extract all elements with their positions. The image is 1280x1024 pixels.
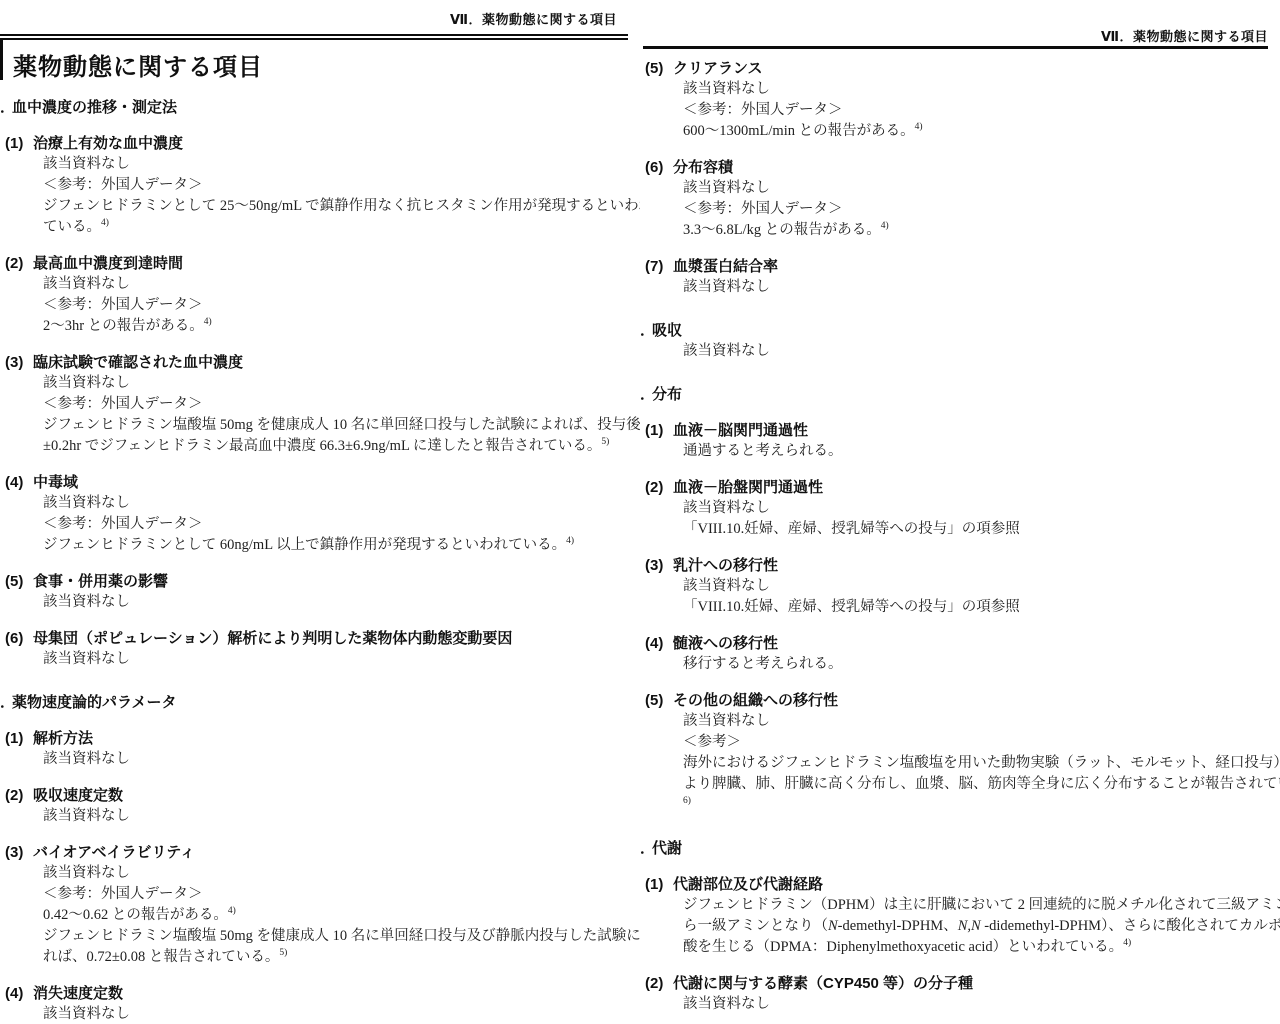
body-line: 該当資料なし <box>43 649 640 670</box>
item-body: 該当資料なし＜参考：外国人データ＞ジフェンヒドラミンとして 25〜50ng/mL… <box>0 154 640 238</box>
superscript-reference: 4) <box>228 906 236 916</box>
section-number: ． <box>640 838 652 859</box>
item-heading: (4)髄液への移行性 <box>640 633 1280 654</box>
section-number: ． <box>0 97 12 118</box>
text-segment: ＜参考：外国人データ＞ <box>43 516 203 532</box>
item-label: 吸収速度定数 <box>33 785 123 806</box>
text-segment: 該当資料なし <box>683 279 770 295</box>
item-heading: (3)乳汁への移行性 <box>640 555 1280 576</box>
item-heading: (2)血液－胎盤関門通過性 <box>640 477 1280 498</box>
body-line: 移行すると考えられる。 <box>683 654 1280 675</box>
text-segment: 「VIII.10.妊婦、産婦、授乳婦等への投与」の項参照 <box>683 521 1020 537</box>
item-label: 分布容積 <box>673 157 733 178</box>
item: (3)乳汁への移行性該当資料なし「VIII.10.妊婦、産婦、授乳婦等への投与」… <box>640 555 1280 618</box>
item-number: (1) <box>645 874 673 895</box>
item-body: 該当資料なし＜参考：外国人データ＞2〜3hr との報告がある。4) <box>0 274 640 337</box>
section-number: ． <box>640 320 652 341</box>
body-line: 「VIII.10.妊婦、産婦、授乳婦等への投与」の項参照 <box>683 597 1280 618</box>
text-segment: 該当資料なし <box>43 156 130 172</box>
document-page-right: Ⅶ．薬物動態に関する項目 (5)クリアランス該当資料なし＜参考：外国人データ＞6… <box>640 0 1280 1024</box>
item-label: 血液－脳関門通過性 <box>673 420 808 441</box>
title-box-border <box>0 39 3 80</box>
text-segment: ＜参考＞ <box>683 734 741 750</box>
item-label: バイオアベイラビリティ <box>33 842 195 863</box>
item: (1)解析方法該当資料なし <box>0 728 640 770</box>
item: (2)吸収速度定数該当資料なし <box>0 785 640 827</box>
item-heading: (6)母集団（ポピュレーション）解析により判明した薬物体内動態変動要因 <box>0 628 640 649</box>
text-segment: ＜参考：外国人データ＞ <box>43 396 203 412</box>
body-line: 該当資料なし <box>43 373 640 394</box>
body-line: ＜参考：外国人データ＞ <box>43 884 640 905</box>
body-line: 2〜3hr との報告がある。4) <box>43 316 640 337</box>
text-segment: ジフェンヒドラミン塩酸塩 50mg を健康成人 10 名に単回経口投与及び静脈内… <box>43 928 640 944</box>
document-page-left: Ⅶ．薬物動態に関する項目 薬物動態に関する項目 ．血中濃度の推移・測定法(1)治… <box>0 0 640 1024</box>
item-heading: (5)食事・併用薬の影響 <box>0 571 640 592</box>
body-line: 600〜1300mL/min との報告がある。4) <box>683 121 1280 142</box>
body-line: 該当資料なし <box>43 749 640 770</box>
item-heading: (4)消失速度定数 <box>0 983 640 1004</box>
body-line: 該当資料なし <box>683 498 1280 519</box>
page-content: ．血中濃度の推移・測定法(1)治療上有効な血中濃度該当資料なし＜参考：外国人デー… <box>0 97 640 1024</box>
body-line: ジフェンヒドラミンとして 60ng/mL 以上で鎮静作用が発現するといわれている… <box>43 535 640 556</box>
running-header: Ⅶ．薬物動態に関する項目 <box>450 9 617 28</box>
body-line: ら一級アミンとなり（N-demethyl-DPHM、N,N -didemethy… <box>683 916 1280 937</box>
item-body: 該当資料なし <box>0 806 640 827</box>
superscript-reference: 4) <box>915 122 923 132</box>
item-number: (1) <box>5 728 33 749</box>
text-segment: 通過すると考えられる。 <box>683 443 843 459</box>
item-heading: (1)解析方法 <box>0 728 640 749</box>
section-label: 吸収 <box>652 320 682 341</box>
text-segment: 該当資料なし <box>683 578 770 594</box>
text-segment: ジフェンヒドラミン（DPHM）は主に肝臓において 2 回連続的に脱メチル化されて… <box>683 897 1280 913</box>
item-label: 消失速度定数 <box>33 983 123 1004</box>
item-label: 代謝に関与する酵素（CYP450 等）の分子種 <box>673 973 973 994</box>
body-line: 通過すると考えられる。 <box>683 441 1280 462</box>
item-number: (2) <box>5 253 33 274</box>
running-header: Ⅶ．薬物動態に関する項目 <box>1101 26 1268 45</box>
text-segment: 600〜1300mL/min との報告がある。 <box>683 123 915 139</box>
item: (1)代謝部位及び代謝経路ジフェンヒドラミン（DPHM）は主に肝臓において 2 … <box>640 874 1280 958</box>
section-heading: ．血中濃度の推移・測定法 <box>0 97 640 118</box>
item-body: 該当資料なし <box>640 277 1280 298</box>
item-body: 該当資料なし「VIII.10.妊婦、産婦、授乳婦等への投与」の項参照 <box>640 498 1280 540</box>
body-line: ＜参考：外国人データ＞ <box>43 514 640 535</box>
item: (5)クリアランス該当資料なし＜参考：外国人データ＞600〜1300mL/min… <box>640 58 1280 142</box>
item-heading: (4)中毒域 <box>0 472 640 493</box>
item: (2)代謝に関与する酵素（CYP450 等）の分子種該当資料なし <box>640 973 1280 1015</box>
item-label: 食事・併用薬の影響 <box>33 571 168 592</box>
item-body: 該当資料なし <box>640 994 1280 1015</box>
item-heading: (5)クリアランス <box>640 58 1280 79</box>
item-body: 該当資料なし「VIII.10.妊婦、産婦、授乳婦等への投与」の項参照 <box>640 576 1280 618</box>
item-heading: (7)血漿蛋白結合率 <box>640 256 1280 277</box>
body-line: 該当資料なし <box>43 806 640 827</box>
body-line: ジフェンヒドラミン塩酸塩 50mg を健康成人 10 名に単回経口投与した試験に… <box>43 415 640 436</box>
text-segment: ジフェンヒドラミンとして 60ng/mL 以上で鎮静作用が発現するといわれている… <box>43 537 566 553</box>
text-segment: 該当資料なし <box>43 495 130 511</box>
text-segment: ±0.2hr でジフェンヒドラミン最高血中濃度 66.3±6.9ng/mL に達… <box>43 438 601 454</box>
item-heading: (2)最高血中濃度到達時間 <box>0 253 640 274</box>
header-rule <box>643 46 1268 49</box>
text-segment: 該当資料なし <box>683 343 770 359</box>
body-line: ジフェンヒドラミン塩酸塩 50mg を健康成人 10 名に単回経口投与及び静脈内… <box>43 926 640 947</box>
item-body: 該当資料なし＜参考：外国人データ＞ジフェンヒドラミン塩酸塩 50mg を健康成人… <box>0 373 640 457</box>
body-line: 該当資料なし <box>43 274 640 295</box>
text-segment: ている。 <box>43 219 101 235</box>
page-content: (5)クリアランス該当資料なし＜参考：外国人データ＞600〜1300mL/min… <box>640 58 1280 1015</box>
item-heading: (1)治療上有効な血中濃度 <box>0 133 640 154</box>
item-label: 乳汁への移行性 <box>673 555 778 576</box>
item: (4)中毒域該当資料なし＜参考：外国人データ＞ジフェンヒドラミンとして 60ng… <box>0 472 640 556</box>
text-segment: 移行すると考えられる。 <box>683 656 843 672</box>
text-segment: 該当資料なし <box>43 1006 130 1022</box>
section-heading: ．吸収 <box>640 320 1280 341</box>
text-segment: -demethyl-DPHM、 <box>838 918 958 934</box>
text-segment: より脾臓、肺、肝臓に高く分布し、血漿、脳、筋肉等全身に広く分布することが報告され… <box>683 776 1280 792</box>
body-line: 該当資料なし <box>43 493 640 514</box>
section-label: 薬物速度論的パラメータ <box>12 692 177 713</box>
item-number: (2) <box>645 973 673 994</box>
text-segment: ＜参考：外国人データ＞ <box>43 177 203 193</box>
body-line: 該当資料なし <box>683 341 1280 362</box>
item: (3)バイオアベイラビリティ該当資料なし＜参考：外国人データ＞0.42〜0.62… <box>0 842 640 968</box>
text-segment: N <box>828 918 838 934</box>
item-number: (5) <box>645 690 673 711</box>
item-number: (2) <box>645 477 673 498</box>
body-line: 該当資料なし <box>683 576 1280 597</box>
body-line: ＜参考：外国人データ＞ <box>43 394 640 415</box>
header-rule <box>0 34 628 40</box>
body-line: ＜参考：外国人データ＞ <box>43 175 640 196</box>
item-body: 該当資料なし＜参考：外国人データ＞ジフェンヒドラミンとして 60ng/mL 以上… <box>0 493 640 556</box>
item-number: (6) <box>645 157 673 178</box>
superscript-reference: 4) <box>566 536 574 546</box>
body-line: ±0.2hr でジフェンヒドラミン最高血中濃度 66.3±6.9ng/mL に達… <box>43 436 640 457</box>
section-body: 該当資料なし <box>640 341 1280 362</box>
text-segment: 該当資料なし <box>43 594 130 610</box>
item-number: (4) <box>5 472 33 493</box>
item: (4)消失速度定数該当資料なし <box>0 983 640 1024</box>
body-line: ＜参考：外国人データ＞ <box>43 295 640 316</box>
item-number: (3) <box>5 842 33 863</box>
item: (5)食事・併用薬の影響該当資料なし <box>0 571 640 613</box>
body-line: 該当資料なし <box>683 79 1280 100</box>
superscript-reference: 6) <box>683 796 691 806</box>
body-line: 該当資料なし <box>683 178 1280 199</box>
superscript-reference: 4) <box>881 221 889 231</box>
body-line: ＜参考：外国人データ＞ <box>683 199 1280 220</box>
item-label: 臨床試験で確認された血中濃度 <box>33 352 243 373</box>
item: (6)母集団（ポピュレーション）解析により判明した薬物体内動態変動要因該当資料な… <box>0 628 640 670</box>
section-label: 血中濃度の推移・測定法 <box>12 97 177 118</box>
item-number: (3) <box>645 555 673 576</box>
body-line: 「VIII.10.妊婦、産婦、授乳婦等への投与」の項参照 <box>683 519 1280 540</box>
item-heading: (3)バイオアベイラビリティ <box>0 842 640 863</box>
page-title: 薬物動態に関する項目 <box>13 47 263 82</box>
text-segment: 該当資料なし <box>43 276 130 292</box>
item-number: (4) <box>5 983 33 1004</box>
body-line: ジフェンヒドラミンとして 25〜50ng/mL で鎮静作用なく抗ヒスタミン作用が… <box>43 196 640 217</box>
superscript-reference: 5) <box>279 948 287 958</box>
text-segment: 該当資料なし <box>43 375 130 391</box>
item-body: 該当資料なし <box>0 649 640 670</box>
item-label: 中毒域 <box>33 472 78 493</box>
section-label: 代謝 <box>652 838 682 859</box>
text-segment: 該当資料なし <box>683 81 770 97</box>
text-segment: 海外におけるジフェンヒドラミン塩酸塩を用いた動物実験（ラット、モルモット、経口投… <box>683 755 1280 771</box>
item-label: 最高血中濃度到達時間 <box>33 253 183 274</box>
item-heading: (2)代謝に関与する酵素（CYP450 等）の分子種 <box>640 973 1280 994</box>
body-line: 該当資料なし <box>43 592 640 613</box>
body-line: ている。4) <box>43 217 640 238</box>
superscript-reference: 4) <box>204 317 212 327</box>
item: (7)血漿蛋白結合率該当資料なし <box>640 256 1280 298</box>
item-body: 該当資料なし＜参考＞海外におけるジフェンヒドラミン塩酸塩を用いた動物実験（ラット… <box>640 711 1280 816</box>
item-body: 該当資料なし <box>0 749 640 770</box>
item: (1)治療上有効な血中濃度該当資料なし＜参考：外国人データ＞ジフェンヒドラミンと… <box>0 133 640 238</box>
superscript-reference: 4) <box>101 218 109 228</box>
item-number: (5) <box>645 58 673 79</box>
document-scan: { "left_page": { "running_header": "Ⅶ．薬物… <box>0 0 1280 1024</box>
body-line: 3.3〜6.8L/kg との報告がある。4) <box>683 220 1280 241</box>
body-line: より脾臓、肺、肝臓に高く分布し、血漿、脳、筋肉等全身に広く分布することが報告され… <box>683 774 1280 795</box>
text-segment: 3.3〜6.8L/kg との報告がある。 <box>683 222 881 238</box>
item-number: (7) <box>645 256 673 277</box>
item-heading: (1)血液－脳関門通過性 <box>640 420 1280 441</box>
body-line: ＜参考＞ <box>683 732 1280 753</box>
section-number: ． <box>0 692 12 713</box>
item: (2)血液－胎盤関門通過性該当資料なし「VIII.10.妊婦、産婦、授乳婦等への… <box>640 477 1280 540</box>
text-segment: 該当資料なし <box>683 713 770 729</box>
section-heading: ．代謝 <box>640 838 1280 859</box>
item-label: クリアランス <box>673 58 763 79</box>
text-segment: ジフェンヒドラミン塩酸塩 50mg を健康成人 10 名に単回経口投与した試験に… <box>43 417 640 433</box>
body-line: れば、0.72±0.08 と報告されている。5) <box>43 947 640 968</box>
body-line: 該当資料なし <box>43 154 640 175</box>
superscript-reference: 5) <box>601 437 609 447</box>
body-line: 6) <box>683 795 1280 816</box>
item-body: 移行すると考えられる。 <box>640 654 1280 675</box>
item-body: ジフェンヒドラミン（DPHM）は主に肝臓において 2 回連続的に脱メチル化されて… <box>640 895 1280 958</box>
text-segment: 「VIII.10.妊婦、産婦、授乳婦等への投与」の項参照 <box>683 599 1020 615</box>
item: (1)血液－脳関門通過性通過すると考えられる。 <box>640 420 1280 462</box>
item-number: (1) <box>645 420 673 441</box>
text-segment: ＜参考：外国人データ＞ <box>683 102 843 118</box>
item-body: 該当資料なし＜参考：外国人データ＞3.3〜6.8L/kg との報告がある。4) <box>640 178 1280 241</box>
superscript-reference: 4) <box>1123 938 1131 948</box>
item-label: 血液－胎盤関門通過性 <box>673 477 823 498</box>
item-heading: (6)分布容積 <box>640 157 1280 178</box>
section-heading: ．分布 <box>640 384 1280 405</box>
text-segment: 酸を生じる（DPMA：Diphenylmethoxyacetic acid）とい… <box>683 939 1123 955</box>
item-label: 血漿蛋白結合率 <box>673 256 778 277</box>
item-body: 該当資料なし＜参考：外国人データ＞600〜1300mL/min との報告がある。… <box>640 79 1280 142</box>
section-heading: ．薬物速度論的パラメータ <box>0 692 640 713</box>
body-line: 海外におけるジフェンヒドラミン塩酸塩を用いた動物実験（ラット、モルモット、経口投… <box>683 753 1280 774</box>
body-line: 該当資料なし <box>683 711 1280 732</box>
text-segment: ら一級アミンとなり（ <box>683 918 828 934</box>
item-label: 解析方法 <box>33 728 93 749</box>
item-number: (1) <box>5 133 33 154</box>
section-label: 分布 <box>652 384 682 405</box>
item-label: 母集団（ポピュレーション）解析により判明した薬物体内動態変動要因 <box>33 628 512 649</box>
body-line: ＜参考：外国人データ＞ <box>683 100 1280 121</box>
text-segment: -didemethyl-DPHM）、さらに酸化されてカルボン <box>981 918 1280 934</box>
item-number: (5) <box>5 571 33 592</box>
text-segment: ＜参考：外国人データ＞ <box>43 886 203 902</box>
text-segment: 2〜3hr との報告がある。 <box>43 318 204 334</box>
text-segment: N,N <box>958 918 981 934</box>
item: (6)分布容積該当資料なし＜参考：外国人データ＞3.3〜6.8L/kg との報告… <box>640 157 1280 241</box>
item-body: 通過すると考えられる。 <box>640 441 1280 462</box>
text-segment: 該当資料なし <box>43 865 130 881</box>
item-heading: (2)吸収速度定数 <box>0 785 640 806</box>
item-body: 該当資料なし <box>0 1004 640 1024</box>
item-heading: (5)その他の組織への移行性 <box>640 690 1280 711</box>
item-number: (3) <box>5 352 33 373</box>
text-segment: 該当資料なし <box>683 996 770 1012</box>
item-number: (6) <box>5 628 33 649</box>
text-segment: ＜参考：外国人データ＞ <box>683 201 843 217</box>
item: (5)その他の組織への移行性該当資料なし＜参考＞海外におけるジフェンヒドラミン塩… <box>640 690 1280 816</box>
item: (4)髄液への移行性移行すると考えられる。 <box>640 633 1280 675</box>
item-body: 該当資料なし <box>0 592 640 613</box>
item-label: 治療上有効な血中濃度 <box>33 133 183 154</box>
item-number: (4) <box>645 633 673 654</box>
body-line: 該当資料なし <box>43 1004 640 1024</box>
item-number: (2) <box>5 785 33 806</box>
text-segment: ＜参考：外国人データ＞ <box>43 297 203 313</box>
item: (2)最高血中濃度到達時間該当資料なし＜参考：外国人データ＞2〜3hr との報告… <box>0 253 640 337</box>
text-segment: れば、0.72±0.08 と報告されている。 <box>43 949 279 965</box>
item-label: 髄液への移行性 <box>673 633 778 654</box>
item-body: 該当資料なし＜参考：外国人データ＞0.42〜0.62 との報告がある。4)ジフェ… <box>0 863 640 968</box>
item-label: 代謝部位及び代謝経路 <box>673 874 823 895</box>
body-line: 0.42〜0.62 との報告がある。4) <box>43 905 640 926</box>
text-segment: 該当資料なし <box>43 808 130 824</box>
text-segment: 該当資料なし <box>43 751 130 767</box>
body-line: ジフェンヒドラミン（DPHM）は主に肝臓において 2 回連続的に脱メチル化されて… <box>683 895 1280 916</box>
body-line: 該当資料なし <box>683 277 1280 298</box>
item: (3)臨床試験で確認された血中濃度該当資料なし＜参考：外国人データ＞ジフェンヒド… <box>0 352 640 457</box>
item-heading: (3)臨床試験で確認された血中濃度 <box>0 352 640 373</box>
text-segment: 該当資料なし <box>683 180 770 196</box>
body-line: 該当資料なし <box>43 863 640 884</box>
item-heading: (1)代謝部位及び代謝経路 <box>640 874 1280 895</box>
body-line: 酸を生じる（DPMA：Diphenylmethoxyacetic acid）とい… <box>683 937 1280 958</box>
item-label: その他の組織への移行性 <box>673 690 838 711</box>
text-segment: 該当資料なし <box>683 500 770 516</box>
section-number: ． <box>640 384 652 405</box>
text-segment: ジフェンヒドラミンとして 25〜50ng/mL で鎮静作用なく抗ヒスタミン作用が… <box>43 198 640 214</box>
text-segment: 該当資料なし <box>43 651 130 667</box>
text-segment: 0.42〜0.62 との報告がある。 <box>43 907 228 923</box>
body-line: 該当資料なし <box>683 994 1280 1015</box>
